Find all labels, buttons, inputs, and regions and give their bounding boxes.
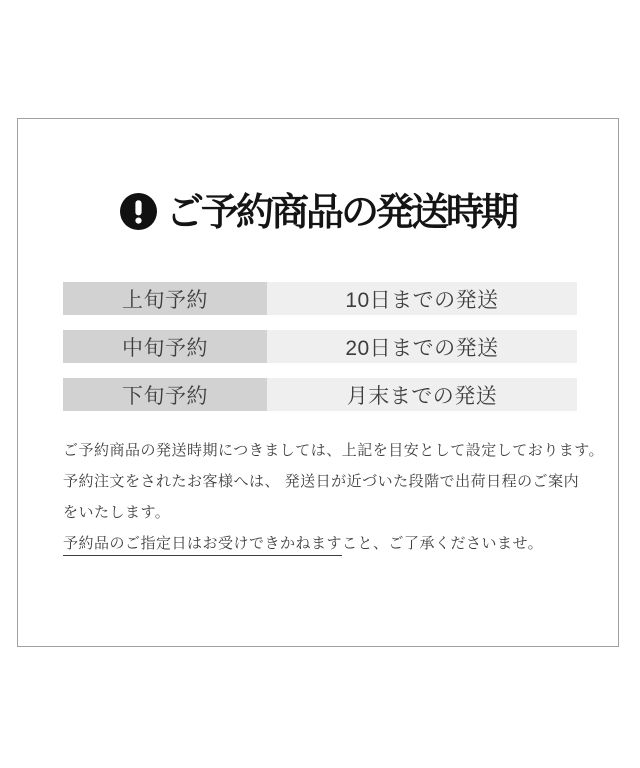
period-label-cell: 下旬予約	[63, 378, 267, 411]
notice-header: ご予約商品の発送時期	[18, 191, 618, 232]
period-label-cell: 中旬予約	[63, 330, 267, 363]
shipping-value-cell: 月末までの発送	[267, 378, 577, 411]
note-underlined-text: 予約品のご指定日はお受けできかねます	[63, 535, 342, 556]
table-row: 上旬予約 10日までの発送	[63, 282, 577, 315]
shipping-notes-block: ご予約商品の発送時期につきましては、上記を目安として設定しております。 予約注文…	[63, 435, 598, 559]
exclamation-circle-icon	[120, 193, 157, 230]
preorder-shipping-notice-panel: ご予約商品の発送時期 上旬予約 10日までの発送 中旬予約 20日までの発送 下…	[17, 118, 619, 647]
shipping-notes-paragraph: ご予約商品の発送時期につきましては、上記を目安として設定しております。 予約注文…	[63, 435, 598, 528]
table-row: 中旬予約 20日までの発送	[63, 330, 577, 363]
product-notice-page: ご予約商品の発送時期 上旬予約 10日までの発送 中旬予約 20日までの発送 下…	[0, 0, 640, 768]
period-label-cell: 上旬予約	[63, 282, 267, 315]
note-rest-text: こと、ご了承くださいませ。	[342, 535, 543, 552]
shipping-schedule-table: 上旬予約 10日までの発送 中旬予約 20日までの発送 下旬予約 月末までの発送	[63, 282, 577, 411]
notice-title: ご予約商品の発送時期	[166, 191, 516, 232]
designated-date-note: 予約品のご指定日はお受けできかねますこと、ご了承くださいませ。	[63, 528, 598, 559]
shipping-value-cell: 20日までの発送	[267, 330, 577, 363]
shipping-value-cell: 10日までの発送	[267, 282, 577, 315]
table-row: 下旬予約 月末までの発送	[63, 378, 577, 411]
